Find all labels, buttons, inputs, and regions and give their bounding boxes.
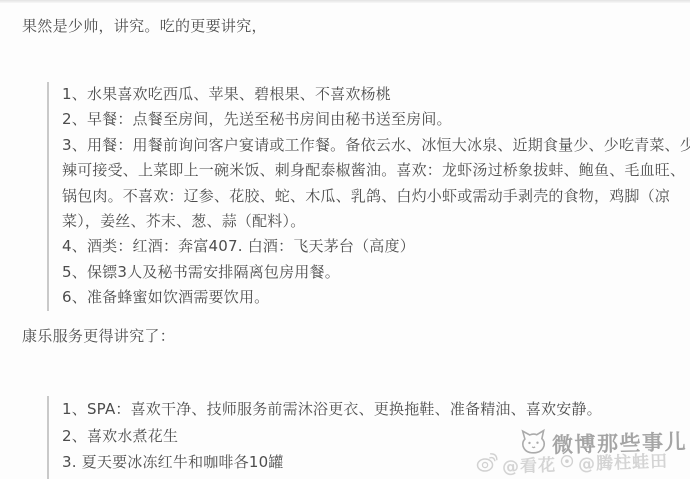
watermark-credit-right: @腾柱蛙田: [578, 447, 669, 475]
intro-text: 果然是少帅，讲究。吃的更要讲究，: [22, 14, 267, 38]
list-line: 2、早餐：点餐至房间，先送至秘书房间由秘书送至房间。: [62, 107, 688, 132]
dining-requirements-block: 1、水果喜欢吃西瓜、苹果、碧根果、不喜欢杨桃2、早餐：点餐至房间，先送至秘书房间…: [47, 82, 688, 311]
list-line: 5、保镖3人及秘书需安排隔离包房用餐。: [62, 260, 688, 285]
list-line: 锅包肉。不喜欢：辽参、花胶、蛇、木瓜、乳鸽、白灼小虾或需动手剥壳的食物，鸡脚（凉: [62, 184, 688, 209]
image-top-edge: [0, 0, 690, 3]
watermark-credit-left: @看花: [502, 451, 557, 478]
list-line: 1、SPA：喜欢干净、技师服务前需沐浴更衣、更换拖鞋、准备精油、喜欢安静。: [62, 396, 688, 423]
weibo-logo-icon: [476, 453, 499, 479]
leisure-section-title: 康乐服务更得讲究了：: [22, 324, 175, 348]
list-line: 4、酒类：红酒：奔富407. 白酒：飞天茅台（高度）: [62, 234, 688, 259]
list-line: 3、用餐：用餐前询问客户宴请或工作餐。备依云水、冰恒大冰泉、近期食量少、少吃青菜…: [62, 133, 688, 158]
list-line: 辣可接受、上菜即上一碗米饭、刺身配泰椒酱油。喜欢：龙虾汤过桥象拔蚌、鲍鱼、毛血旺…: [62, 158, 688, 183]
list-line: 菜），姜丝、芥末、葱、蒜（配料）。: [62, 209, 688, 234]
list-line: 1、水果喜欢吃西瓜、苹果、碧根果、不喜欢杨桃: [62, 82, 688, 107]
weibo-logo-icon-small: [560, 452, 575, 472]
list-line: 6、准备蜂蜜如饮酒需要饮用。: [62, 285, 688, 310]
